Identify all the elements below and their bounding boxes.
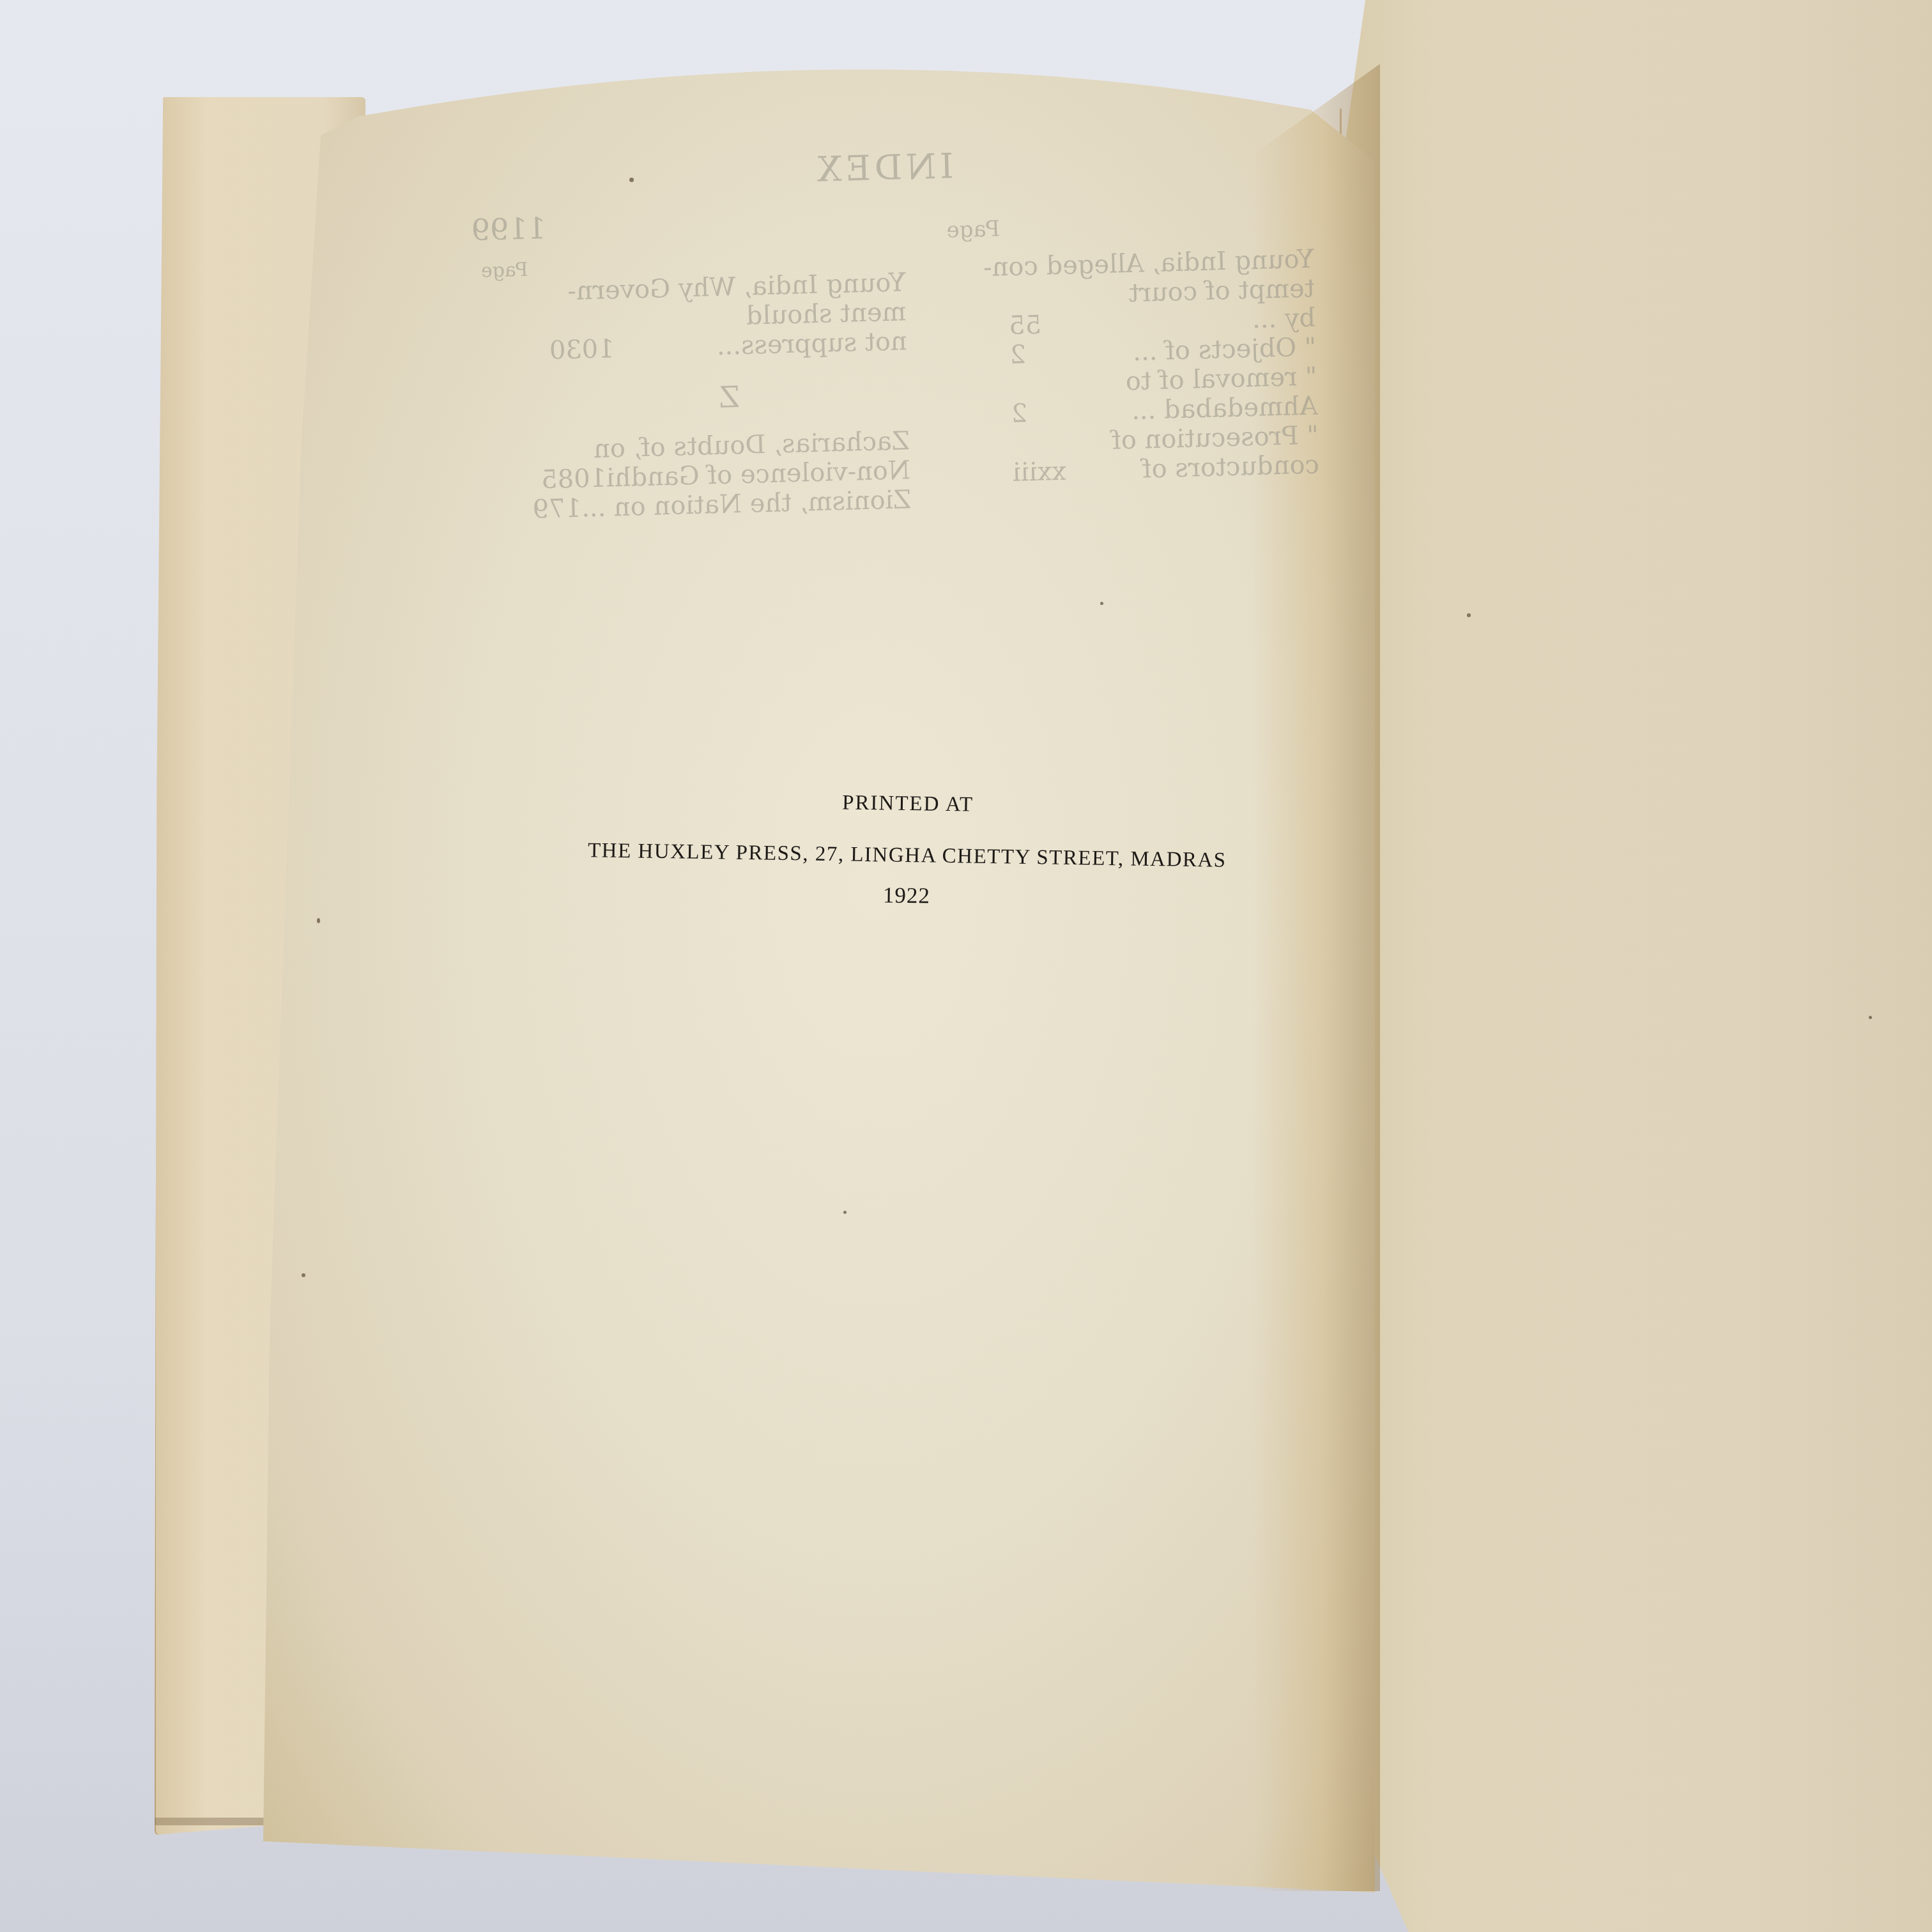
index-column-right: Young India, Why Govern- ment should not… [548,268,912,524]
cover-board-edge [155,1818,276,1825]
paper-speck [1467,613,1471,617]
paper-speck [317,918,320,923]
index-section-letter: Z [550,378,908,417]
index-column-left: Young India, Alleged con- tempt of court… [1007,245,1319,487]
paper-speck [302,1273,305,1277]
page-column-header-left: Page [946,214,1000,245]
paper-speck [1100,602,1103,605]
index-title: INDEX [813,151,954,185]
paper-speck [629,178,634,182]
page-column-header-right: Page [480,256,528,286]
colophon-printer-address: THE HUXLEY PRESS, 27, LINGHA CHETTY STRE… [505,838,1310,874]
printer-colophon: PRINTED AT THE HUXLEY PRESS, 27, LINGHA … [504,786,1311,915]
paper-speck [1869,1016,1872,1019]
paper-speck [843,1211,847,1214]
bleed-through-index: INDEX 1199 Page Page Young India, Allege… [455,133,1321,564]
photo-scene: INDEX 1199 Page Page Young India, Allege… [0,0,1932,1932]
right-page [1316,0,1932,1932]
index-page-number: 1199 [471,213,546,245]
